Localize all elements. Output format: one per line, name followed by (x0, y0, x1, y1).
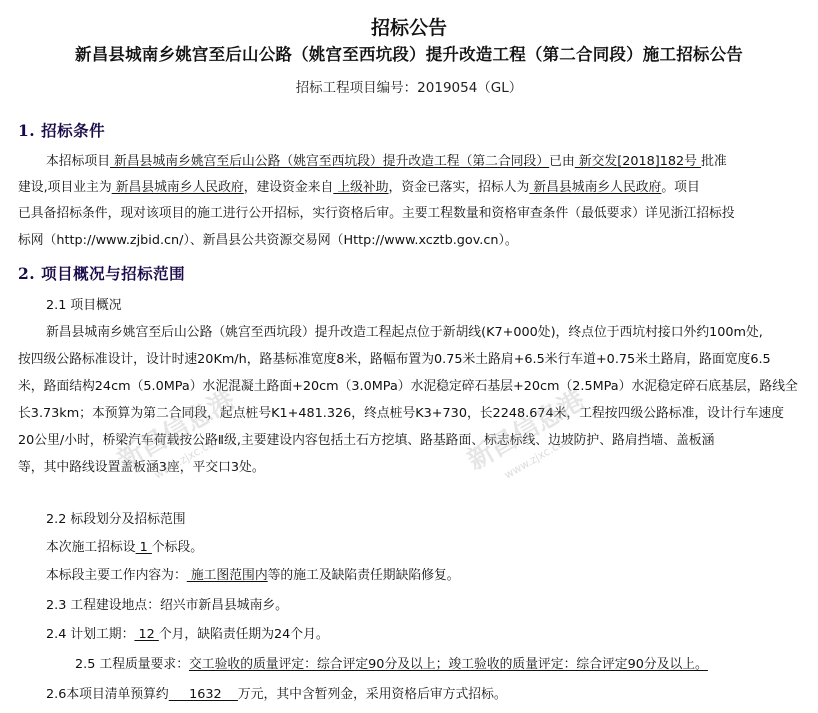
work-scope: 施工图范围内 (187, 568, 268, 583)
overview-line-3: 米，路面结构24cm（5.0MPa）水泥混凝土路面+20cm（3.0MPa）水泥… (18, 375, 798, 394)
text: 等的施工及缺陷责任期缺陷修复。 (268, 568, 460, 583)
planned-duration: 12 (134, 627, 158, 642)
document-subtitle: 新昌县城南乡姚宫至后山公路（姚宫至西坑段）提升改造工程（第二合同段）施工招标公告 (0, 41, 818, 65)
section-1-line-3: 已具备招标条件，现对该项目的施工进行公开招标，实行资格后审。主要工程数量和资格审… (18, 202, 735, 221)
overview-line-5: 20公里/小时，桥梁汽车荷载按公路Ⅱ级,主要建设内容包括土石方挖填、路基路面、标… (18, 429, 714, 448)
text: 本次施工招标设 (46, 540, 136, 555)
text: 2.5 工程质量要求： (75, 657, 189, 672)
overview-line-4: 长3.73km；本预算为第二合同段，起点桩号K1+481.326，终点桩号K3+… (18, 402, 784, 421)
project-name: 新昌县城南乡姚宫至后山公路（姚宫至西坑段）提升改造工程（第二合同段） (110, 154, 549, 169)
document-title: 招标公告 (0, 13, 818, 40)
subsection-2-3: 2.3 工程建设地点：绍兴市新昌县城南乡。 (46, 594, 288, 613)
subsection-2-5: 2.5 工程质量要求：交工验收的质量评定：综合评定90分及以上；竣工验收的质量评… (75, 653, 708, 672)
section-1-line-4: 标网（http://www.zjbid.cn/）、新昌县公共资源交易网（Http… (18, 229, 518, 248)
text: 万元，其中含暂列金，采用资格后审方式招标。 (238, 687, 507, 702)
subsection-2-1-heading: 2.1 项目概况 (46, 294, 122, 313)
text: 已由 (549, 154, 575, 169)
section-1-heading: 1. 招标条件 (18, 119, 105, 141)
text: 2.4 计划工期： (46, 627, 134, 642)
lot-count: 1 (136, 540, 152, 555)
subsection-2-6: 2.6本项目清单预算约 1632 万元，其中含暂列金，采用资格后审方式招标。 (46, 683, 507, 702)
section-1-line-1: 本招标项目 新昌县城南乡姚宫至后山公路（姚宫至西坑段）提升改造工程（第二合同段）… (46, 150, 727, 169)
overview-line-6: 等，其中路线设置盖板涵3座，平交口3处。 (18, 456, 265, 475)
approval-number: 新交发[2018]182号 (575, 154, 701, 169)
section-1-line-2: 建设,项目业主为 新昌县城南乡人民政府，建设资金来自 上级补助，资金已落实，招标… (18, 176, 700, 195)
quality-requirement: 交工验收的质量评定：综合评定90分及以上；竣工验收的质量评定：综合评定90分及以… (189, 657, 708, 672)
overview-line-2: 按四级公路标准设计，设计时速20Km/h，路基标准宽度8米，路幅布置为0.75米… (18, 348, 771, 367)
fund-source: 上级补助 (333, 180, 388, 195)
overview-line-1: 新昌县城南乡姚宫至后山公路（姚宫至西坑段）提升改造工程起点位于新胡线(K7+00… (46, 321, 763, 340)
work-scope-line: 本标段主要工作内容为： 施工图范围内等的施工及缺陷责任期缺陷修复。 (46, 564, 460, 583)
subsection-2-4: 2.4 计划工期： 12 个月，缺陷责任期为24个月。 (46, 623, 329, 642)
budget-amount: 1632 (169, 687, 238, 702)
text: 批准 (701, 154, 727, 169)
text: 个月，缺陷责任期为24个月。 (159, 627, 329, 642)
text: ，资金已落实，招标人为 (389, 180, 530, 195)
text: ，建设资金来自 (244, 180, 334, 195)
tenderer: 新昌县城南乡人民政府 (529, 180, 661, 195)
subsection-2-2-heading: 2.2 标段划分及招标范围 (46, 508, 186, 527)
text: 2.6本项目清单预算约 (46, 687, 169, 702)
text: 个标段。 (152, 540, 203, 555)
project-owner: 新昌县城南乡人民政府 (112, 180, 244, 195)
section-2-heading: 2. 项目概况与招标范围 (18, 262, 185, 284)
project-number: 招标工程项目编号：2019054（GL） (0, 76, 818, 96)
text: 本招标项目 (46, 154, 110, 169)
text: 本标段主要工作内容为： (46, 568, 187, 583)
text: 。项目 (661, 180, 699, 195)
lot-count-line: 本次施工招标设 1 个标段。 (46, 536, 203, 555)
text: 建设,项目业主为 (18, 180, 112, 195)
